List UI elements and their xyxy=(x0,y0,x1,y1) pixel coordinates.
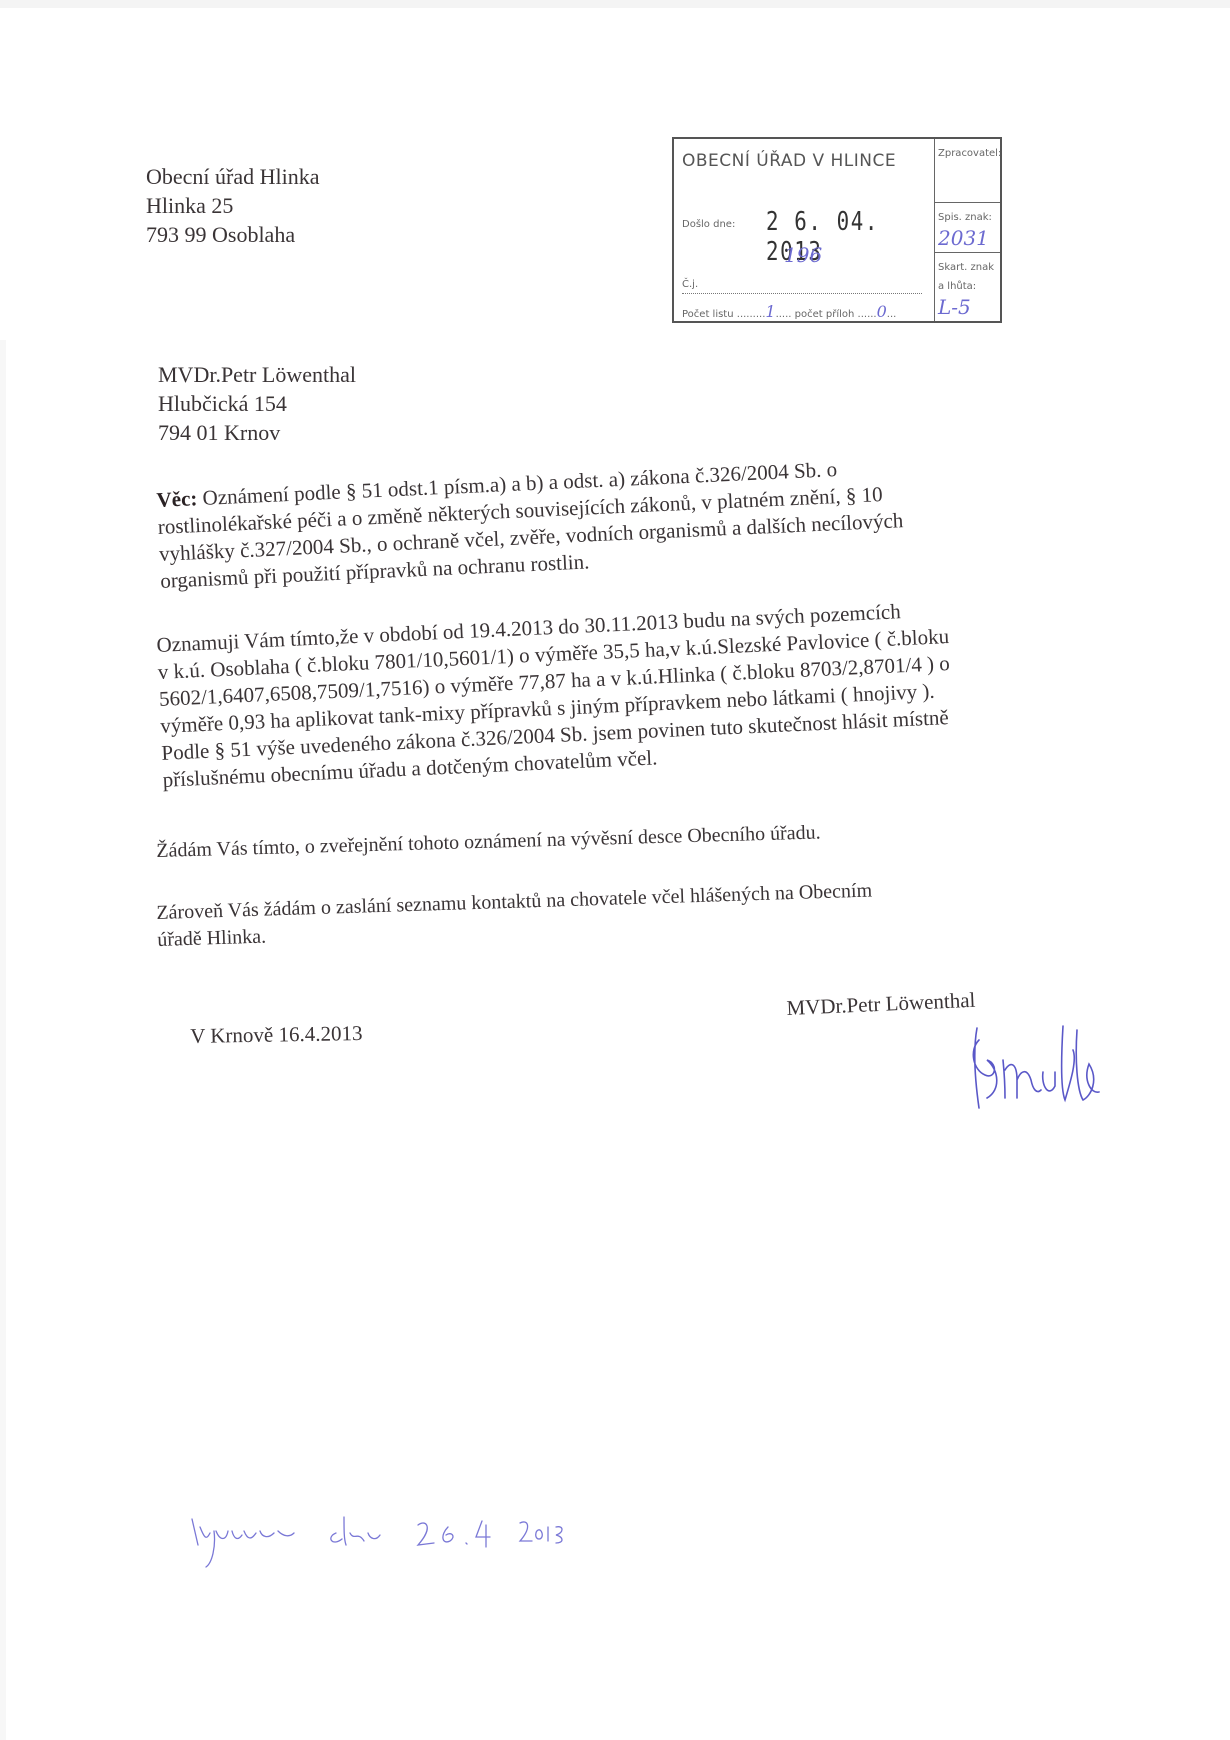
file-mark-label: Spis. znak: xyxy=(938,212,992,223)
scan-edge-left xyxy=(0,340,6,1740)
sheets-count: 1 xyxy=(765,302,775,321)
recipient-line: Hlubčická 154 xyxy=(158,389,356,418)
stamp-side: Zpracovatel: Spis. znak: 2031 Skart. zna… xyxy=(935,139,1000,321)
place-and-date: V Krnově 16.4.2013 xyxy=(190,1021,363,1049)
handwritten-note-icon xyxy=(186,1497,586,1577)
recipient-line: 794 01 Krnov xyxy=(158,418,356,447)
sender-line: Hlinka 25 xyxy=(146,191,320,220)
body-paragraph-2: Žádám Vás tímto, o zveřejnění tohoto ozn… xyxy=(156,813,1056,865)
stamp-main: OBECNÍ ÚŘAD V HLINCE Došlo dne: 2 6. 04.… xyxy=(674,139,935,321)
body-paragraph-1: Oznamuji Vám tímto,že v období od 19.4.2… xyxy=(156,591,1062,794)
body-paragraph-3: Zároveň Vás žádám o zaslání seznamu kont… xyxy=(156,872,1057,954)
attachments-label: počet příloh xyxy=(795,309,855,320)
received-label: Došlo dne: xyxy=(682,219,735,230)
signature-icon xyxy=(965,1020,1105,1110)
file-mark-value: 2031 xyxy=(938,226,997,250)
sheets-field: Počet listu .........1..... počet příloh… xyxy=(682,302,922,321)
sender-address: Obecní úřad Hlinka Hlinka 25 793 99 Osob… xyxy=(146,162,320,249)
sheets-label: Počet listu xyxy=(682,309,734,320)
file-mark-cell: Spis. znak: 2031 xyxy=(935,203,1000,253)
stamp-title: OBECNÍ ÚŘAD V HLINCE xyxy=(682,151,896,171)
registry-stamp: OBECNÍ ÚŘAD V HLINCE Došlo dne: 2 6. 04.… xyxy=(672,137,1002,323)
sender-line: Obecní úřad Hlinka xyxy=(146,162,320,191)
shred-label: Skart. znak a lhůta: xyxy=(938,262,994,292)
signatory-name: MVDr.Petr Löwenthal xyxy=(786,988,976,1021)
sender-line: 793 99 Osoblaha xyxy=(146,220,320,249)
shred-cell: Skart. znak a lhůta: L-5 xyxy=(935,253,1000,323)
reference-number-handwritten: 196 xyxy=(784,243,822,267)
attachments-count: 0 xyxy=(877,302,887,321)
scan-edge-top xyxy=(0,0,1230,8)
subject-block: Věc: Oznámení podle § 51 odst.1 písm.a) … xyxy=(156,446,1060,595)
processor-label: Zpracovatel: xyxy=(938,148,1001,159)
shred-value: L-5 xyxy=(938,295,997,319)
recipient-line: MVDr.Petr Löwenthal xyxy=(158,360,356,389)
reference-field: Č.j. xyxy=(682,279,922,294)
reference-label: Č.j. xyxy=(682,279,698,290)
recipient-address: MVDr.Petr Löwenthal Hlubčická 154 794 01… xyxy=(158,360,356,447)
subject-label: Věc: xyxy=(156,486,198,512)
processor-cell: Zpracovatel: xyxy=(935,139,1000,203)
